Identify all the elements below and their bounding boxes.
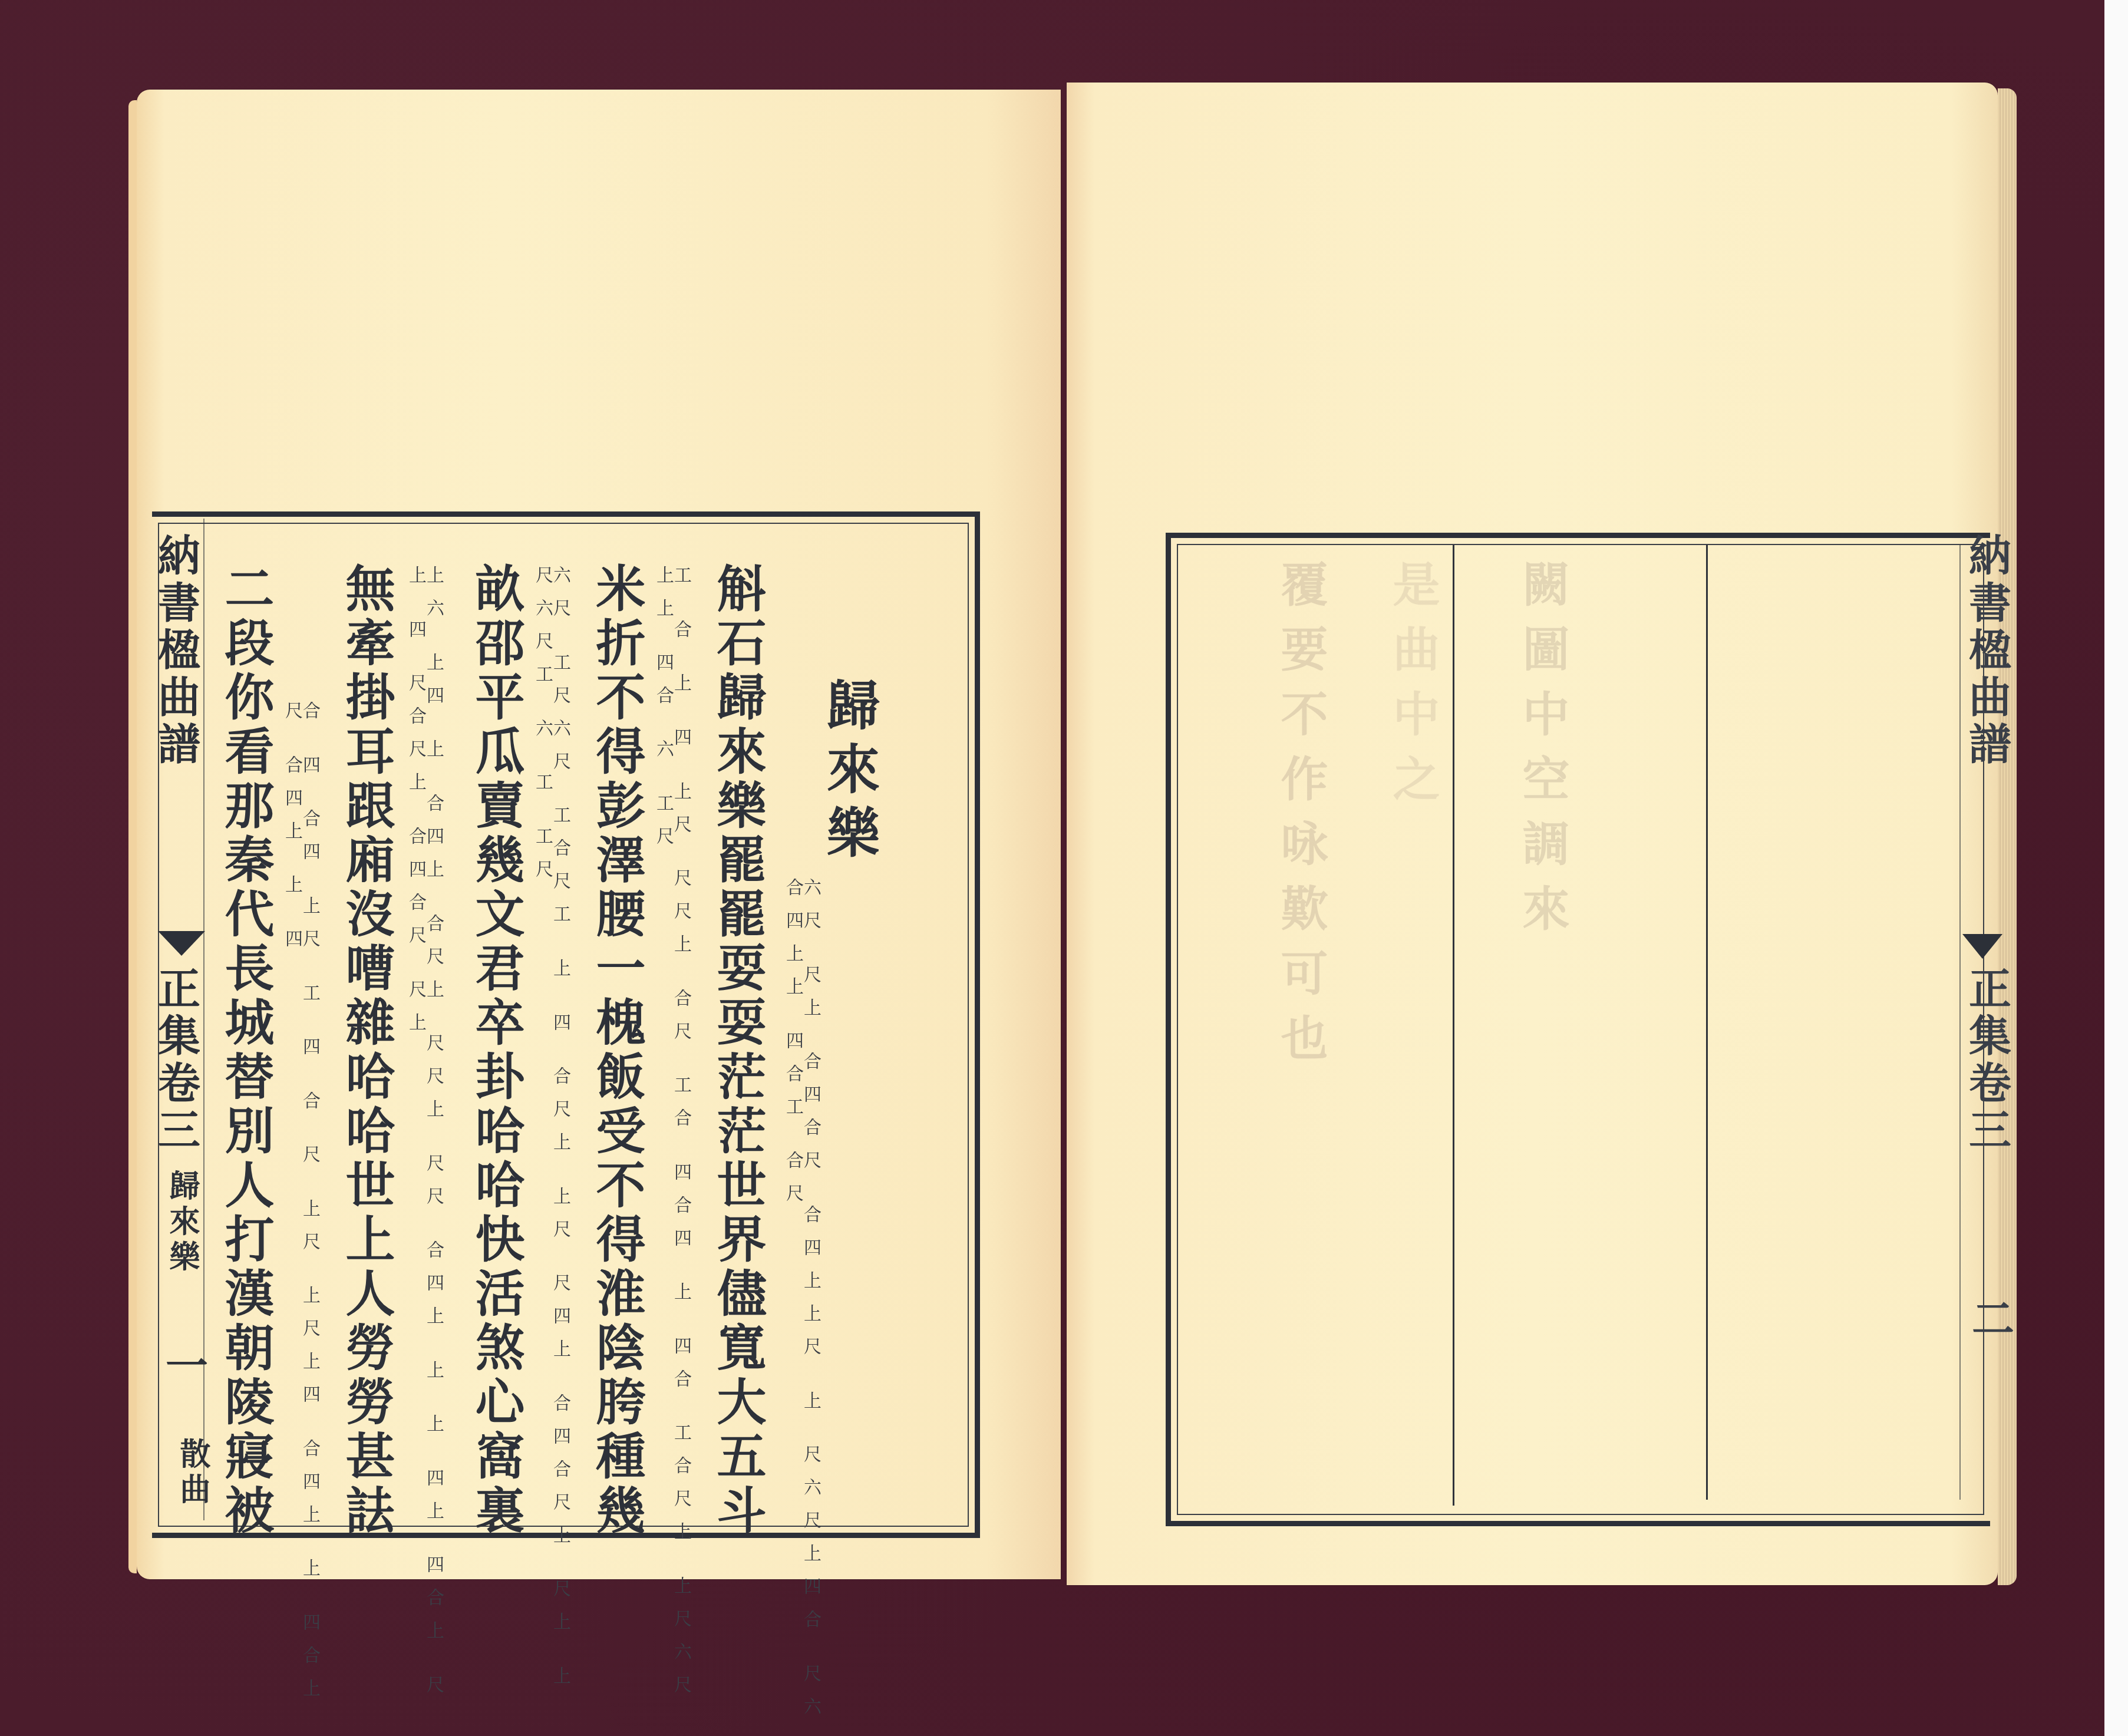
notation-column-2: 工 合 上 四 上尺 尺尺上 合尺 工合 四合四 上 四合 工合尺上 上尺六尺 …	[654, 566, 689, 1736]
margin-volume: 正集卷三	[154, 966, 197, 1155]
margin-piece-title: 歸來樂	[166, 1170, 197, 1276]
column-rule-2	[1706, 545, 1708, 1500]
bleed-through-text-2: 是曲中之	[1379, 560, 1447, 819]
margin-page-number: 一	[162, 1344, 204, 1391]
notation-column-1: 六尺 尺上 合四合尺 合四上上尺 上 尺六尺上四合 尺六合四上上 四合工 合尺	[784, 878, 819, 1736]
column-rule-1	[1453, 545, 1454, 1506]
margin-divider-right	[1959, 545, 1961, 1500]
right-margin-book-title: 納書楹曲譜	[1965, 533, 2008, 769]
bleed-through-text-3: 闕圖中空調來	[1509, 560, 1576, 949]
lyric-column-1: 斛石歸來樂罷罷耍耍茫茫世界儘寬大五斗	[713, 563, 763, 1539]
lyric-column-3: 畝邵平瓜賣幾文君卒卦哈哈快活煞心窩裏	[471, 563, 521, 1539]
piece-title: 歸來樂	[822, 678, 875, 869]
notation-column-4: 上六 上四 上 合四上 合尺上 尺尺上 尺尺 合四上 上 上 四上 四合上 尺上…	[407, 566, 442, 1736]
right-margin-volume: 正集卷三	[1965, 966, 2008, 1155]
margin-section: 散曲	[177, 1438, 207, 1509]
margin-book-title: 納書楹曲譜	[154, 533, 197, 769]
notation-column-5: 合 四 合四 上尺 工 四 合 尺 上尺 上尺上四 合四上 上 四合上 尺 合四…	[283, 701, 318, 1736]
scan-edge	[2104, 0, 2128, 1736]
right-fishtail-icon	[1962, 934, 2002, 959]
fishtail-icon	[158, 931, 205, 956]
lyric-column-4: 無牽掛耳跟廂沒嘈雜哈哈世上人勞勞甚詓	[342, 563, 391, 1539]
lyric-column-2: 米折不得彭澤腰一槐飯受不得淮陰胯種幾	[592, 563, 642, 1539]
right-margin-page-number: 二	[1968, 1296, 2011, 1344]
lyric-column-5: 二段你看那秦代長城替別人打漢朝陵寢被	[221, 563, 270, 1539]
page-edge	[128, 100, 137, 1573]
notation-column-3: 六尺 工尺六尺 工合尺工 上 四 合尺上 上尺 尺四上 合四合尺上 尺上 上 尺…	[533, 566, 569, 1736]
page-stack-edge	[1998, 88, 2017, 1585]
bleed-through-text-1: 覆要不作咏歎可也	[1267, 560, 1335, 1078]
